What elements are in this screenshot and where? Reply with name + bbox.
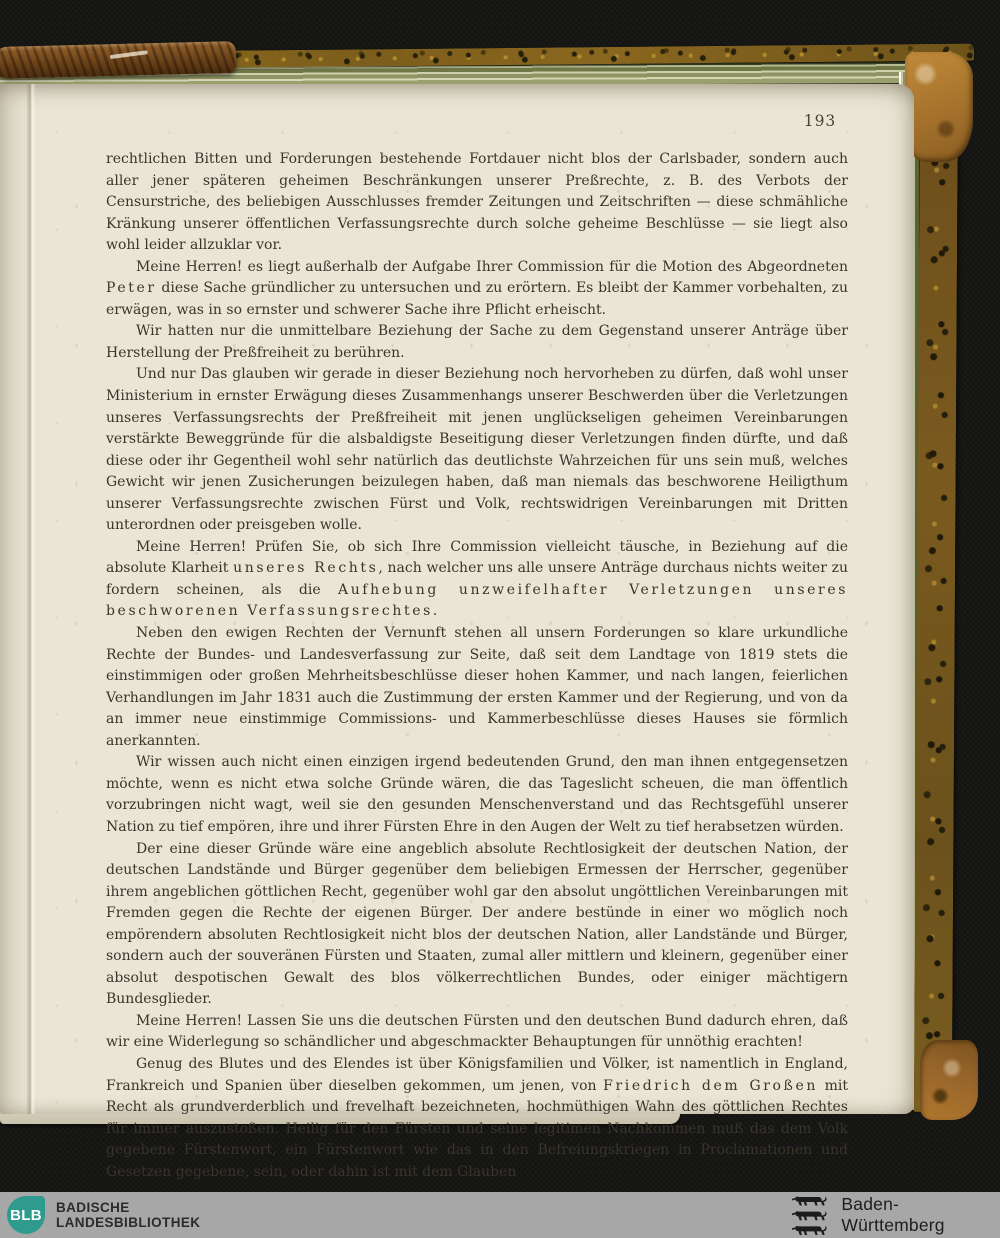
paragraph: Meine Herren! Prüfen Sie, ob sich Ihre C… — [106, 537, 848, 623]
library-name-line1: BADISCHE — [56, 1200, 200, 1216]
paragraph: Der eine dieser Gründe wäre eine angebli… — [106, 839, 848, 1011]
worn-corner-bottom-right — [920, 1040, 978, 1120]
paragraph: Neben den ewigen Rechten der Vernunft st… — [106, 623, 848, 752]
page-number: 193 — [780, 112, 860, 130]
blb-library-brand[interactable]: BLB BADISCHE LANDESBIBLIOTHEK — [7, 1196, 200, 1234]
paragraph: Wir wissen auch nicht einen einzigen irg… — [106, 752, 848, 838]
paragraph: Und nur Das glauben wir gerade in dieser… — [106, 364, 848, 536]
footer-bar: BLB BADISCHE LANDESBIBLIOTHEK Baden-Würt… — [0, 1192, 1000, 1238]
state-name-label: Baden-Württemberg — [841, 1194, 1000, 1236]
page-text: rechtlichen Bitten und Forderungen beste… — [106, 149, 848, 1183]
library-name-line2: LANDESBIBLIOTHEK — [56, 1215, 200, 1231]
paragraph: rechtlichen Bitten und Forderungen beste… — [106, 149, 848, 257]
book-cover-edge-right — [914, 58, 958, 1112]
scan-viewer-canvas: 193 rechtlichen Bitten und Forderungen b… — [0, 0, 1000, 1238]
three-lions-coat-of-arms-icon — [790, 1194, 829, 1236]
library-name: BADISCHE LANDESBIBLIOTHEK — [56, 1200, 200, 1231]
paragraph: Meine Herren! es liegt außerhalb der Auf… — [106, 257, 848, 322]
paragraph: Wir hatten nur die unmittelbare Beziehun… — [106, 321, 848, 364]
worn-corner-top-right — [905, 52, 973, 162]
gutter-crease — [26, 84, 36, 1114]
paragraph: Meine Herren! Lassen Sie uns die deutsch… — [106, 1011, 848, 1054]
blb-logo-label: BLB — [10, 1207, 42, 1224]
paragraph: Genug des Blutes und des Elendes ist übe… — [106, 1054, 848, 1183]
baden-wuerttemberg-brand[interactable]: Baden-Württemberg — [790, 1194, 1000, 1236]
blb-logo-icon: BLB — [7, 1196, 45, 1234]
book-spine-headband — [0, 41, 236, 79]
